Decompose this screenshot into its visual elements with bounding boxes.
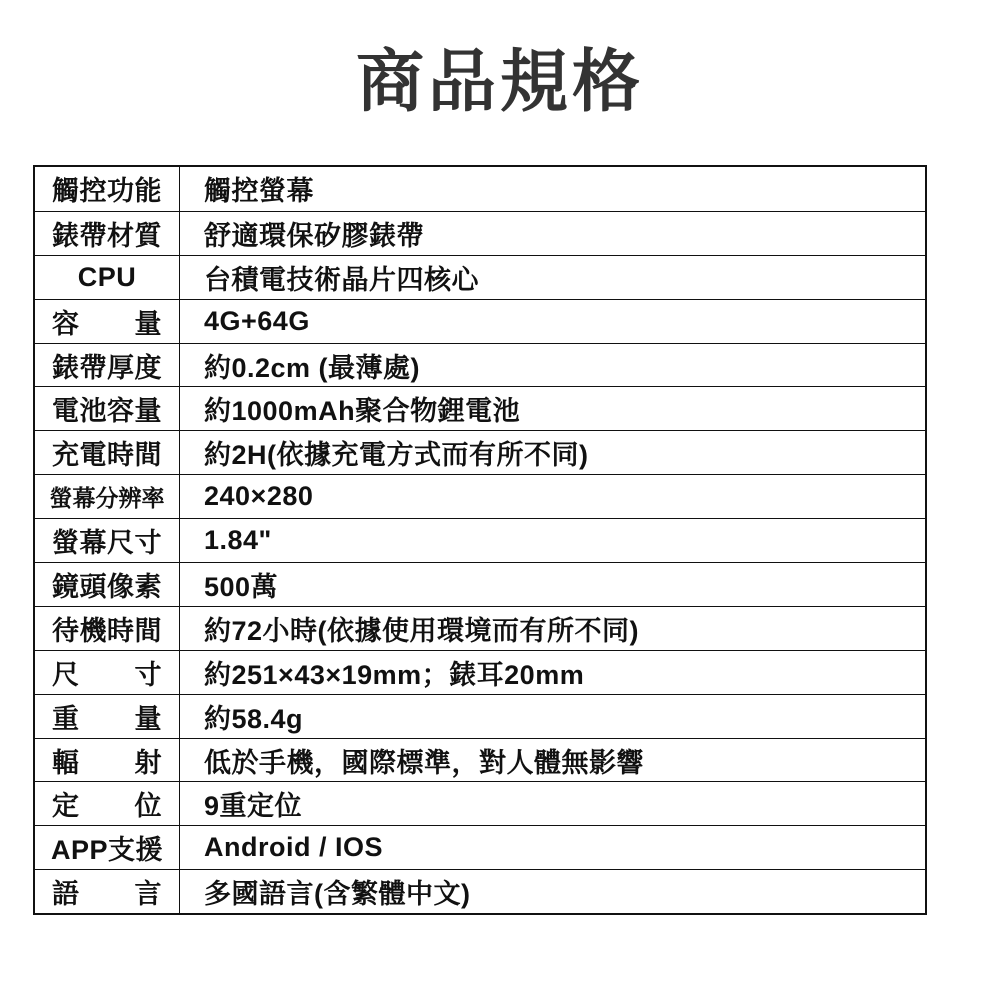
spec-label: 電池容量 (35, 387, 180, 430)
page-title: 商品規格 (0, 28, 1000, 125)
spec-value: 240×280 (180, 475, 925, 518)
spec-value: 1.84" (180, 519, 925, 562)
spec-value: 500萬 (180, 563, 925, 606)
spec-label: 充電時間 (35, 431, 180, 474)
spec-label: 錶帶材質 (35, 212, 180, 255)
spec-value: 4G+64G (180, 300, 925, 343)
spec-row-language: 語 言 多國語言(含繁體中文) (35, 869, 925, 913)
spec-label: 尺 寸 (35, 651, 180, 694)
spec-value: 約0.2cm (最薄處) (180, 344, 925, 387)
spec-label: 鏡頭像素 (35, 563, 180, 606)
spec-label: 語 言 (35, 870, 180, 913)
spec-row-camera: 鏡頭像素 500萬 (35, 562, 925, 606)
spec-row-weight: 重 量 約58.4g (35, 694, 925, 738)
spec-value: 台積電技術晶片四核心 (180, 256, 925, 299)
spec-label: 容 量 (35, 300, 180, 343)
spec-value: 舒適環保矽膠錶帶 (180, 212, 925, 255)
spec-row-battery: 電池容量 約1000mAh聚合物鋰電池 (35, 386, 925, 430)
spec-row-capacity: 容 量 4G+64G (35, 299, 925, 343)
spec-value: 低於手機，國際標準，對人體無影響 (180, 739, 925, 782)
spec-label: CPU (35, 256, 180, 299)
spec-label: 錶帶厚度 (35, 344, 180, 387)
spec-label: 定 位 (35, 782, 180, 825)
spec-label: 待機時間 (35, 607, 180, 650)
spec-row-strap-material: 錶帶材質 舒適環保矽膠錶帶 (35, 211, 925, 255)
spec-value: Android / IOS (180, 826, 925, 869)
spec-row-touch-function: 觸控功能 觸控螢幕 (35, 167, 925, 211)
spec-row-app-support: APP支援 Android / IOS (35, 825, 925, 869)
spec-row-resolution: 螢幕分辨率 240×280 (35, 474, 925, 518)
spec-table: 觸控功能 觸控螢幕 錶帶材質 舒適環保矽膠錶帶 CPU 台積電技術晶片四核心 容… (33, 165, 927, 915)
spec-row-strap-thickness: 錶帶厚度 約0.2cm (最薄處) (35, 343, 925, 387)
spec-row-positioning: 定 位 9重定位 (35, 781, 925, 825)
spec-row-dimensions: 尺 寸 約251×43×19mm；錶耳20mm (35, 650, 925, 694)
spec-row-cpu: CPU 台積電技術晶片四核心 (35, 255, 925, 299)
spec-label: 重 量 (35, 695, 180, 738)
spec-value: 約251×43×19mm；錶耳20mm (180, 651, 925, 694)
spec-row-screen-size: 螢幕尺寸 1.84" (35, 518, 925, 562)
spec-label: APP支援 (35, 826, 180, 869)
spec-label: 輻 射 (35, 739, 180, 782)
spec-label: 螢幕分辨率 (35, 475, 180, 518)
spec-label: 觸控功能 (35, 167, 180, 211)
spec-value: 約1000mAh聚合物鋰電池 (180, 387, 925, 430)
spec-row-radiation: 輻 射 低於手機，國際標準，對人體無影響 (35, 738, 925, 782)
spec-value: 約58.4g (180, 695, 925, 738)
spec-value: 多國語言(含繁體中文) (180, 870, 925, 913)
spec-row-standby-time: 待機時間 約72小時(依據使用環境而有所不同) (35, 606, 925, 650)
spec-value: 約72小時(依據使用環境而有所不同) (180, 607, 925, 650)
spec-row-charge-time: 充電時間 約2H(依據充電方式而有所不同) (35, 430, 925, 474)
spec-label: 螢幕尺寸 (35, 519, 180, 562)
spec-value: 9重定位 (180, 782, 925, 825)
spec-value: 約2H(依據充電方式而有所不同) (180, 431, 925, 474)
spec-value: 觸控螢幕 (180, 167, 925, 211)
